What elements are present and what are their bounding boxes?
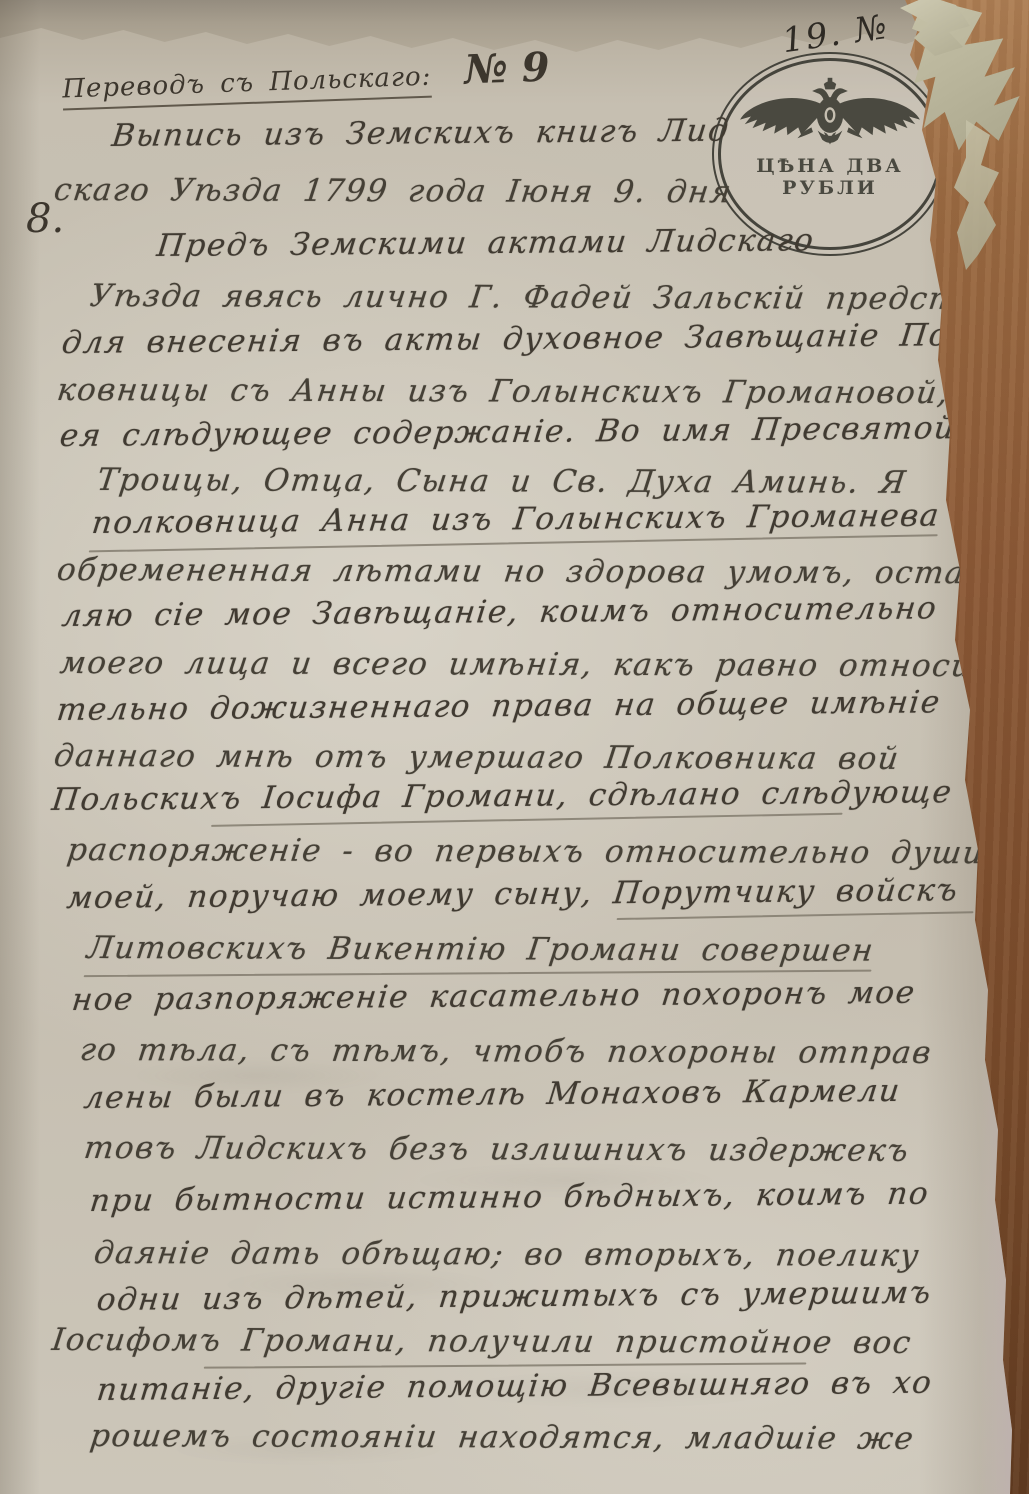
- manuscript-line: Литовскихъ Викентію Громани совершен: [85, 930, 876, 969]
- manuscript-line: Выпись изъ Земскихъ книгъ Лид: [110, 113, 731, 154]
- manuscript-line: скаго Уѣзда 1799 года Іюня 9. дня: [52, 172, 734, 210]
- stamp-inner-ring: [718, 58, 942, 250]
- manuscript-line: даяніе дать обѣщаю; во вторыхъ, поелику: [92, 1235, 922, 1274]
- manuscript-line: распоряженіе - во первыхъ относительно д…: [65, 832, 987, 871]
- manuscript-line: Предъ Земскими актами Лидскаго: [155, 222, 816, 264]
- manuscript-line: товъ Лидскихъ безъ излишнихъ издержекъ: [82, 1130, 912, 1169]
- manuscript-line: Іосифомъ Громани, получили пристойное во…: [50, 1322, 914, 1361]
- manuscript-line: рошемъ состояніи находятся, младшіе же: [88, 1418, 917, 1457]
- manuscript-line: при бытности истинно бѣдныхъ, коимъ по: [88, 1176, 931, 1219]
- manuscript-line: Уѣзда явясь лично Г. Фадей Зальскій пред…: [88, 278, 1029, 317]
- manuscript-line: ляю сіе мое Завѣщаніе, коимъ относительн…: [60, 590, 939, 634]
- manuscript-line: питаніе, другіе помощію Всевышняго въ хо: [95, 1365, 934, 1408]
- manuscript-line: го тѣла, съ тѣмъ, чтобъ похороны отправ: [78, 1032, 934, 1071]
- header-number: № 9: [463, 44, 550, 94]
- manuscript-line: ное разпоряженіе касательно похоронъ мое: [70, 975, 918, 1018]
- manuscript-page: 19. № Переводъ съ Польскаго: № 9 8.: [0, 0, 1029, 1494]
- manuscript-line: полковница Анна изъ Голынскихъ Громанева: [90, 498, 942, 541]
- manuscript-line: одни изъ дѣтей, прижитыхъ съ умершимъ: [95, 1275, 934, 1318]
- manuscript-line: моего лица и всего имѣнія, какъ равно от…: [58, 645, 975, 684]
- manuscript-line: ковницы съ Анны изъ Голынскихъ Громаново…: [55, 372, 1012, 411]
- manuscript-line: Троицы, Отца, Сына и Св. Духа Аминь. Я: [95, 462, 909, 501]
- manuscript-line: обремененная лѣтами но здорова умомъ, ос…: [55, 552, 987, 591]
- photo-scene: 19. № Переводъ съ Польскаго: № 9 8.: [0, 0, 1029, 1494]
- manuscript-line: лены были въ костелѣ Монаховъ Кармели: [82, 1073, 903, 1116]
- manuscript-line: даннаго мнѣ отъ умершаго Полковника вой: [52, 738, 902, 777]
